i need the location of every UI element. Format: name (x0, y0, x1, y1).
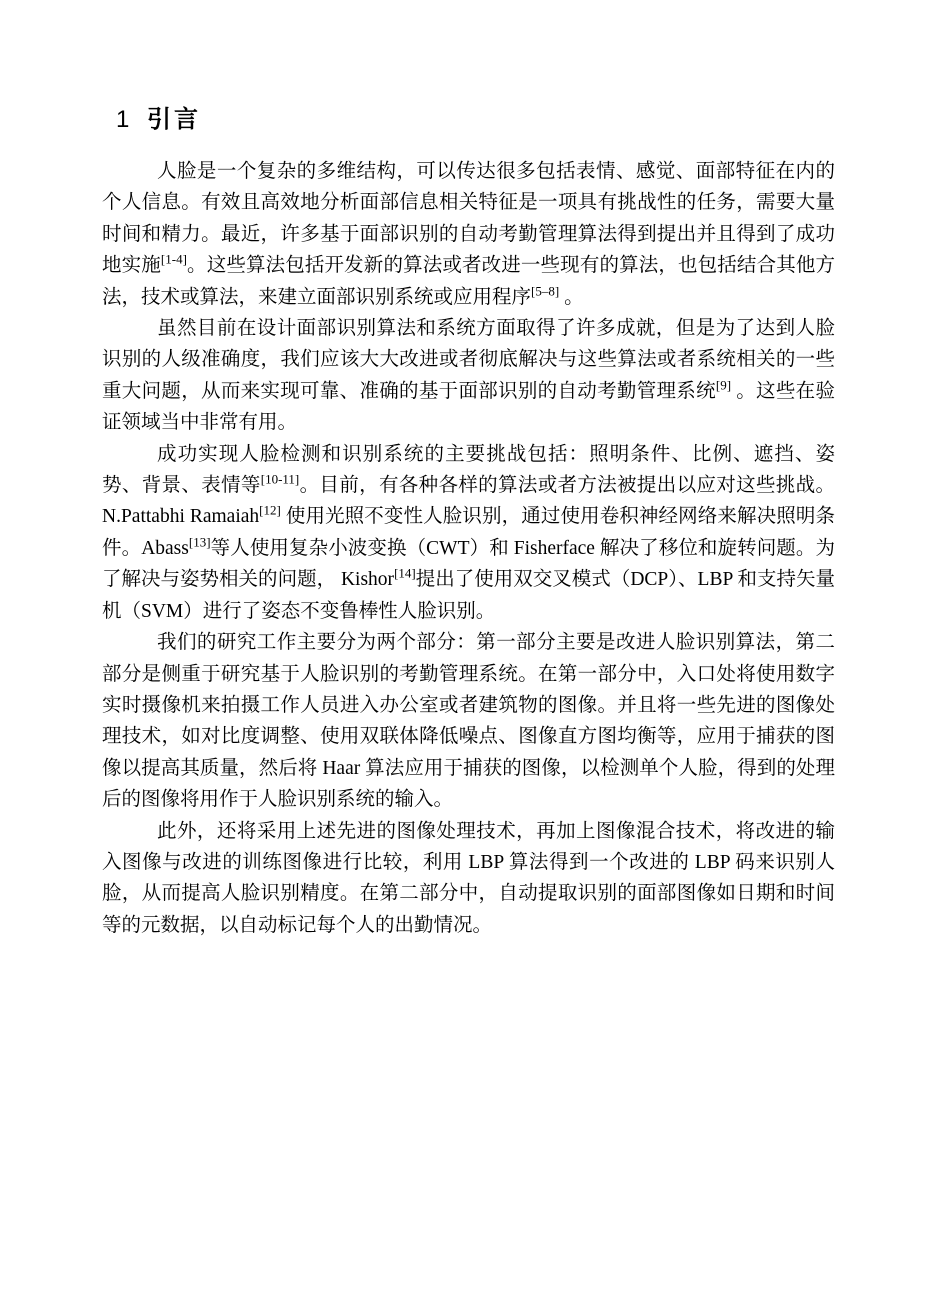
citation-superscript: [5–8] (531, 283, 559, 298)
paragraph: 人脸是一个复杂的多维结构，可以传达很多包括表情、感觉、面部特征在内的个人信息。有… (102, 156, 835, 313)
citation-superscript: [1-4] (161, 252, 187, 267)
section-title: 引言 (147, 106, 201, 133)
section-number: 1 (116, 103, 129, 137)
citation-superscript: [14] (394, 566, 416, 581)
section-heading: 1 引言 (116, 103, 201, 137)
document-page: 1 引言 人脸是一个复杂的多维结构，可以传达很多包括表情、感觉、面部特征在内的个… (0, 0, 926, 1309)
citation-superscript: [9] (716, 377, 731, 392)
text-run: 。 (559, 287, 583, 308)
citation-superscript: [13] (189, 534, 211, 549)
paragraph: 此外，还将采用上述先进的图像处理技术，再加上图像混合技术，将改进的输入图像与改进… (102, 816, 835, 942)
text-run: 此外，还将采用上述先进的图像处理技术，再加上图像混合技术，将改进的输入图像与改进… (102, 821, 835, 936)
paragraph: 虽然目前在设计面部识别算法和系统方面取得了许多成就，但是为了达到人脸识别的人级准… (102, 313, 835, 439)
text-run: 。这些算法包括开发新的算法或者改进一些现有的算法，也包括结合其他方法，技术或算法… (102, 255, 835, 307)
paragraph: 成功实现人脸检测和识别系统的主要挑战包括：照明条件、比例、遮挡、姿势、背景、表情… (102, 439, 835, 627)
text-run: 我们的研究工作主要分为两个部分：第一部分主要是改进人脸识别算法，第二部分是侧重于… (102, 632, 835, 810)
citation-superscript: [12] (259, 503, 281, 518)
document-body: 人脸是一个复杂的多维结构，可以传达很多包括表情、感觉、面部特征在内的个人信息。有… (102, 156, 835, 941)
paragraph: 我们的研究工作主要分为两个部分：第一部分主要是改进人脸识别算法，第二部分是侧重于… (102, 627, 835, 815)
citation-superscript: [10-11] (261, 472, 300, 487)
